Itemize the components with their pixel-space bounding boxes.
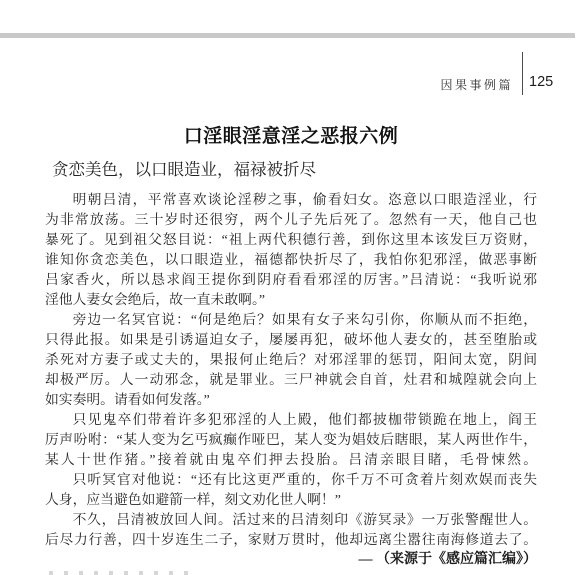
body-line: 旁边一名冥官说：“何是绝后？如果有女子来勾引你，你顺从而不拒绝，: [45, 310, 537, 330]
body-line: 暴死了。见到祖父怒目说：“祖上两代积德行善，到你这里本该发巨万资财，: [45, 230, 537, 250]
page-number: 125: [529, 74, 553, 90]
body-line: 杀死对方妻子或丈夫的，果报何止绝后？对邪淫罪的惩罚，阳间太宽，阴间: [45, 350, 537, 370]
body-line: 明朝吕清，平常喜欢谈论淫秽之事，偷看妇女。恣意以口眼造淫业，行: [45, 190, 537, 210]
body-line: 却极严厉。人一动邪念，就是罪业。三尸神就会自首，灶君和城隍就会向上: [45, 370, 537, 390]
body-line: 只听冥官对他说：“还有比这更严重的，你千万不可贪着片刻欢娱而丧失: [45, 470, 537, 490]
body-line: 某人十世作猪。”接着就由鬼卒们押去投胎。吕清亲眼目睹，毛骨悚然。: [45, 450, 537, 470]
body-line: 如实奏明。请看如何发落。”: [45, 390, 537, 410]
header-divider-line: [522, 52, 523, 95]
body-line: 只得此报。如果是引诱逼迫女子，屡屡再犯，破坏他人妻女的，甚至堕胎或: [45, 330, 537, 350]
body-line: 为非常放荡。三十岁时还很穷，两个儿子先后死了。忽然有一天，他自己也: [45, 210, 537, 230]
body-line: 后尽力行善，四十岁连生二子，家财万贯时，他却远离尘嚣往南海修道去了。: [45, 530, 537, 550]
running-head-section: 因果事例篇: [440, 76, 513, 93]
body-line: 人身，应当避色如避箭一样，刻文劝化世人啊！”: [45, 490, 537, 510]
article-title: 口淫眼淫意淫之恶报六例: [45, 121, 537, 148]
section-heading: 贪恋美色，以口眼造业，福禄被折尽: [52, 156, 316, 180]
body-line: 只见鬼卒们带着许多犯邪淫的人上殿，他们都披枷带锁跪在地上，阎王: [45, 410, 537, 430]
clipped-next-text-line: [49, 571, 194, 575]
source-attribution: — （来源于《感应篇汇编》）: [45, 550, 537, 570]
body-line: 厉声吩咐：“某人变为乞丐疯癫作哑巴，某人变为娼妓后瞎眼，某人两世作牛，: [45, 430, 537, 450]
body-line: 不久，吕清被放回人间。活过来的吕清刻印《游冥录》一万张警醒世人。: [45, 510, 537, 530]
body-line: 淫他人妻女会绝后，故一直未敢啊。”: [45, 290, 537, 310]
page-top-divider: [0, 33, 575, 38]
body-line: 吕家香火，所以恳求阎王提你到阴府看看邪淫的厉害。”吕清说：“我听说邪: [45, 270, 537, 290]
document-page: 因果事例篇 125 口淫眼淫意淫之恶报六例 贪恋美色，以口眼造业，福禄被折尽 明…: [0, 0, 580, 575]
body-line: 谁知你贪恋美色，以口眼造业，福德都快折尽了，我怕你犯邪淫，做恶事断: [45, 250, 537, 270]
article-body: 明朝吕清，平常喜欢谈论淫秽之事，偷看妇女。恣意以口眼造淫业，行 为非常放荡。三十…: [45, 190, 537, 570]
